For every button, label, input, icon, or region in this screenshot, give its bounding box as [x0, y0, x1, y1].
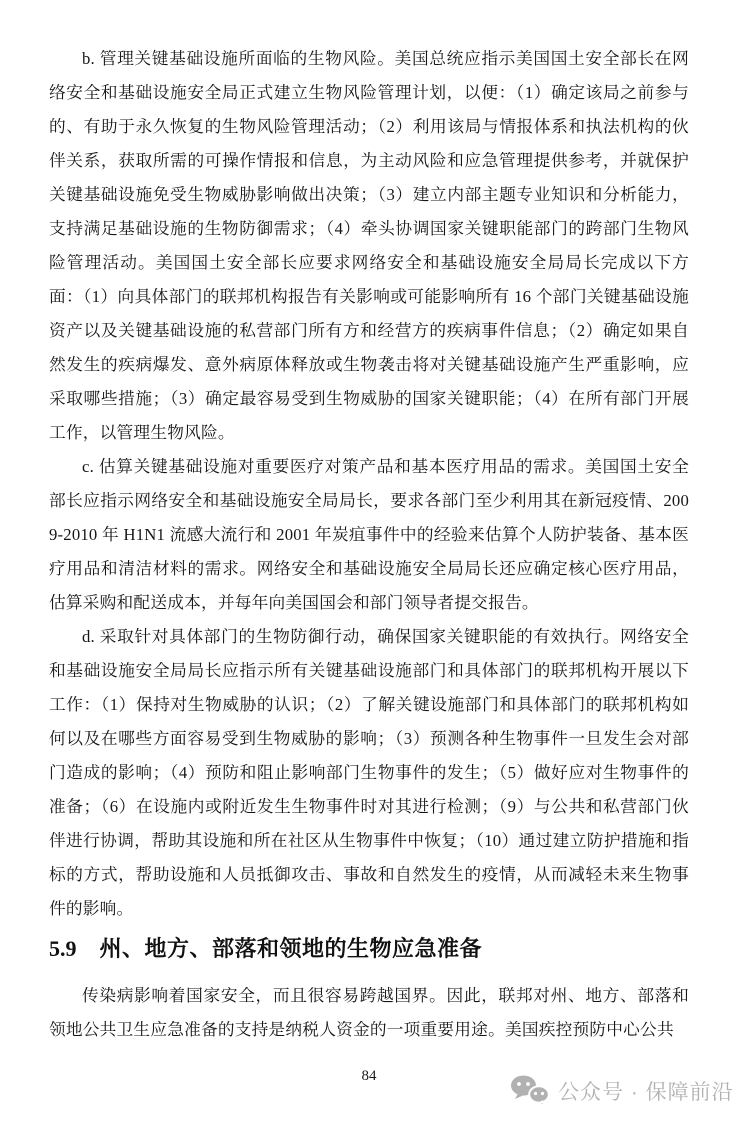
watermark: 公众号 · 保障前沿: [510, 1074, 734, 1107]
wechat-icon: [510, 1074, 550, 1107]
paragraph-b: b. 管理关键基础设施所面临的生物风险。美国总统应指示美国国土安全部长在网络安全…: [49, 42, 689, 450]
section-number: 5.9: [49, 936, 77, 962]
section-title: 州、地方、部落和领地的生物应急准备: [100, 932, 483, 963]
document-page: b. 管理关键基础设施所面临的生物风险。美国总统应指示美国国土安全部长在网络安全…: [0, 0, 737, 1124]
paragraph-c: c. 估算关键基础设施对重要医疗对策产品和基本医疗用品的需求。美国国土安全部长应…: [49, 450, 689, 620]
watermark-label: 公众号 · 保障前沿: [558, 1076, 734, 1106]
paragraph-d: d. 采取针对具体部门的生物防御行动，确保国家关键职能的有效执行。网络安全和基础…: [49, 620, 689, 926]
paragraph-closing: 传染病影响着国家安全，而且很容易跨越国界。因此，联邦对州、地方、部落和领地公共卫…: [49, 979, 689, 1047]
document-body: b. 管理关键基础设施所面临的生物风险。美国总统应指示美国国土安全部长在网络安全…: [49, 42, 689, 1047]
section-heading: 5.9 州、地方、部落和领地的生物应急准备: [49, 932, 689, 963]
